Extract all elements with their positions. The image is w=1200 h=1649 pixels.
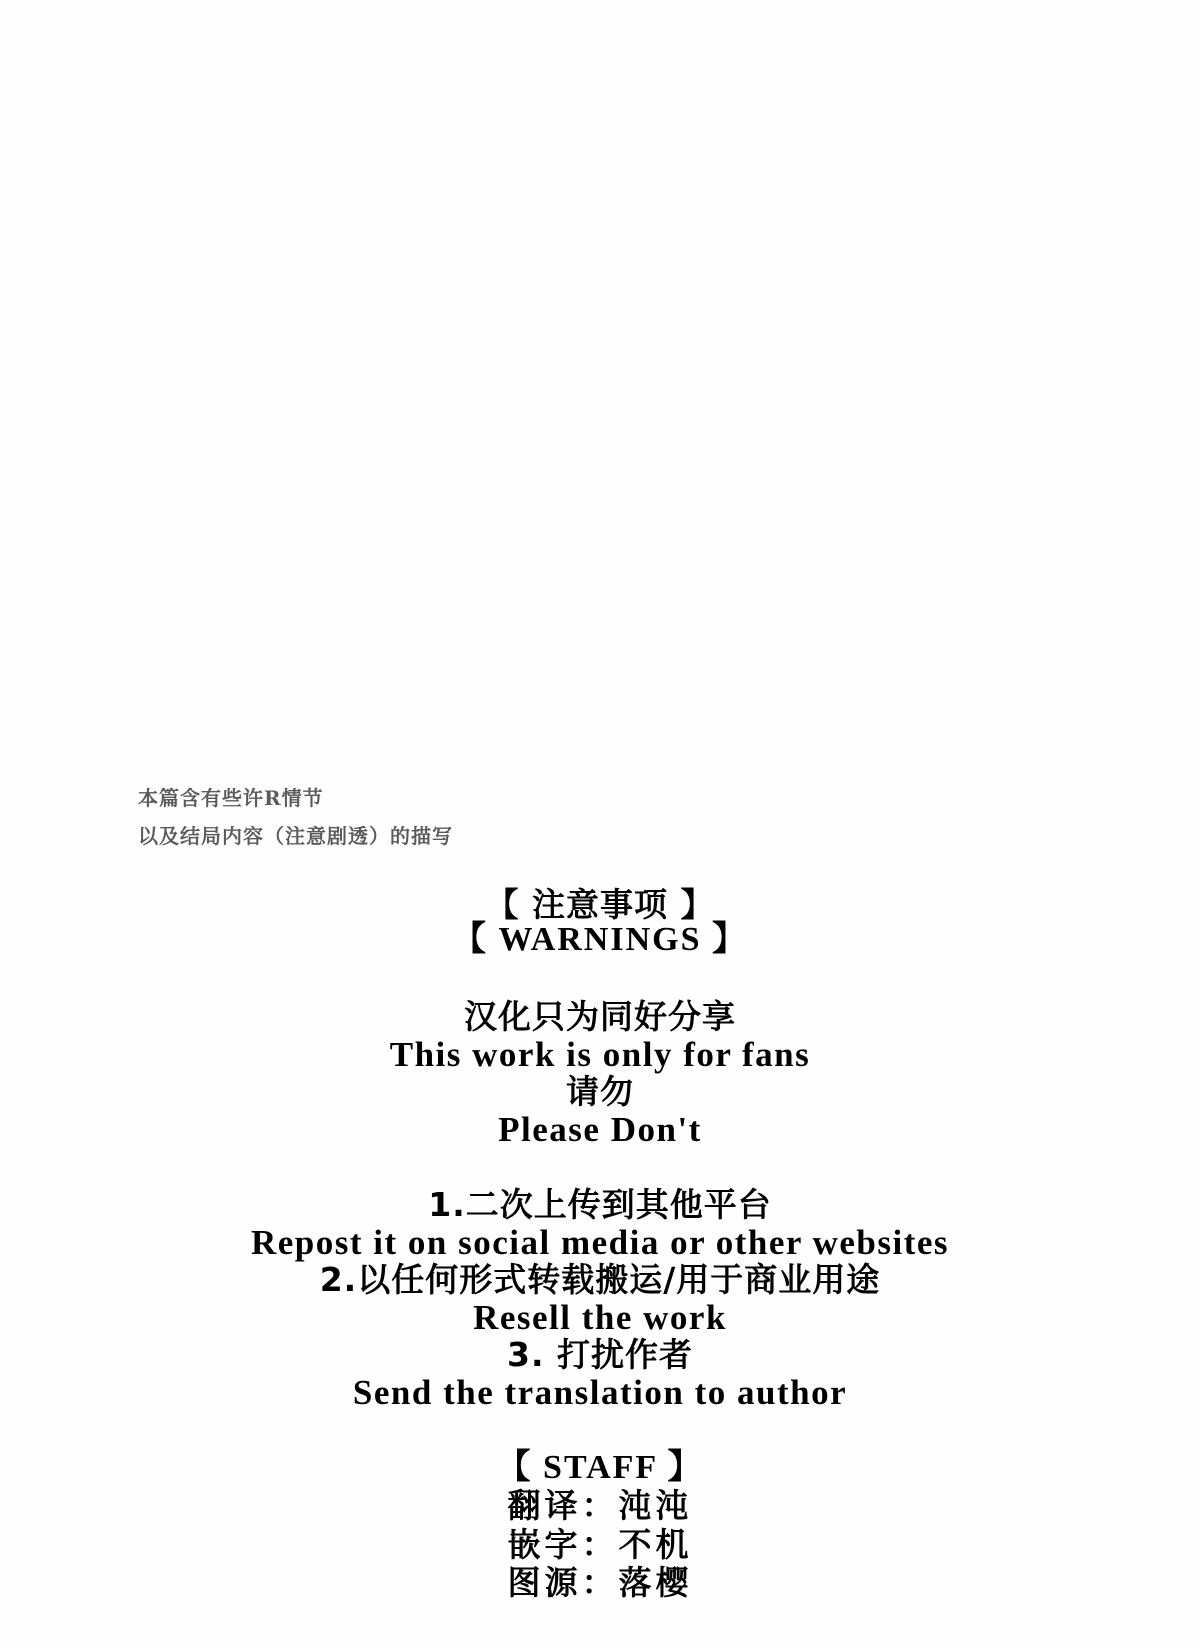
rule-1-cn: 1.二次上传到其他平台 bbox=[0, 1188, 1200, 1221]
rule-2-cn: 2.以任何形式转载搬运/用于商业用途 bbox=[0, 1263, 1200, 1296]
note-line-1: 本篇含有些许R情节 bbox=[138, 782, 324, 811]
please-dont-en: Please Don't bbox=[0, 1112, 1200, 1147]
rule-3-en: Send the translation to author bbox=[0, 1375, 1200, 1410]
warnings-title-cn: 【 注意事项 】 bbox=[0, 888, 1200, 921]
warnings-title-en: 【 WARNINGS 】 bbox=[0, 923, 1200, 957]
fans-only-cn: 汉化只为同好分享 bbox=[0, 1000, 1200, 1033]
please-dont-cn: 请勿 bbox=[0, 1075, 1200, 1108]
staff-member-typesetter: 嵌字：不机 bbox=[0, 1528, 1200, 1561]
rule-2-en: Resell the work bbox=[0, 1300, 1200, 1335]
staff-name: 沌沌 bbox=[619, 1486, 693, 1525]
staff-name: 落樱 bbox=[619, 1563, 693, 1602]
staff-role: 嵌字： bbox=[508, 1525, 619, 1564]
rule-1-en: Repost it on social media or other websi… bbox=[0, 1225, 1200, 1260]
staff-title: 【 STAFF 】 bbox=[0, 1451, 1200, 1485]
note-line-2: 以及结局内容（注意剧透）的描写 bbox=[138, 820, 453, 849]
staff-member-translator: 翻译：沌沌 bbox=[0, 1489, 1200, 1522]
staff-member-source: 图源：落樱 bbox=[0, 1566, 1200, 1599]
rule-3-cn: 3. 打扰作者 bbox=[0, 1338, 1200, 1371]
staff-name: 不机 bbox=[619, 1525, 693, 1564]
fans-only-en: This work is only for fans bbox=[0, 1037, 1200, 1072]
staff-role: 翻译： bbox=[508, 1486, 619, 1525]
staff-role: 图源： bbox=[508, 1563, 619, 1602]
